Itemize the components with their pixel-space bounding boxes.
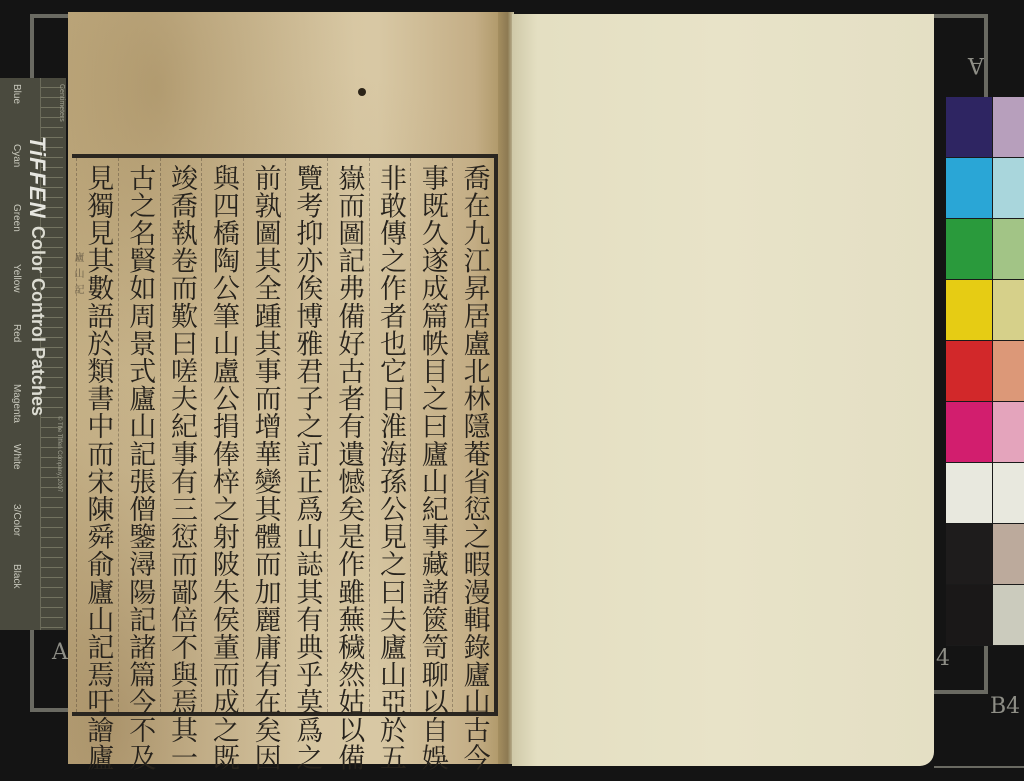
text-column: 與四橋陶公筆山盧公捐俸梓之射陂朱侯董而成之既	[201, 158, 243, 712]
patch-name: Green	[11, 204, 22, 264]
color-patch	[992, 280, 1024, 340]
column-text: 見獨見其數語於類書中而宋陳舜俞廬山記焉吁譮廬	[78, 158, 116, 712]
color-patch	[992, 341, 1024, 401]
color-patch	[946, 585, 992, 645]
tiffen-copyright: © The Tiffen Company, 2007	[56, 416, 62, 492]
column-text: 事既久遂成篇帙目之曰廬山紀事藏諸篋笥聊以自娛	[413, 158, 451, 712]
color-patch	[992, 463, 1024, 523]
color-patch	[946, 158, 992, 218]
background-label-a-top: A	[968, 52, 984, 77]
tiffen-title: Color Control Patches	[27, 226, 48, 416]
text-column: 前孰圖其全踵其事而增華變其體而加麗庸有在矣因	[243, 158, 285, 712]
color-patch	[992, 219, 1024, 279]
background-frame-bottom	[934, 766, 1024, 768]
color-patch	[946, 524, 992, 584]
column-text: 喬在九江昇居盧北林隱菴省愆之暇漫輯錄廬山古今	[455, 158, 493, 712]
text-column: 事既久遂成篇帙目之曰廬山紀事藏諸篋笥聊以自娛	[410, 158, 452, 712]
column-text: 覽考抑亦俟博雅君子之訂正爲山誌其有典乎莫爲之	[287, 158, 325, 712]
color-patch	[992, 97, 1024, 157]
color-patch	[946, 219, 992, 279]
text-frame: 喬在九江昇居盧北林隱菴省愆之暇漫輯錄廬山古今 事既久遂成篇帙目之曰廬山紀事藏諸篋…	[72, 154, 498, 716]
color-patch-row	[946, 402, 1024, 463]
background-label-4: 4	[936, 646, 950, 671]
color-reference-chart	[946, 97, 1024, 646]
patch-name: Black	[11, 564, 22, 624]
patch-name: Yellow	[11, 264, 22, 324]
color-patch	[946, 402, 992, 462]
left-page: 廬山記 喬在九江昇居盧北林隱菴省愆之暇漫輯錄廬山古今 事既久遂成篇帙目之曰廬山紀…	[68, 12, 510, 764]
color-patch	[992, 585, 1024, 645]
color-patch-row	[946, 341, 1024, 402]
text-column: 古之名賢如周景式廬山記張僧鑒潯陽記諸篇今不及	[118, 158, 160, 712]
patch-name: Magenta	[11, 384, 22, 444]
color-patch	[992, 158, 1024, 218]
color-patch	[992, 402, 1024, 462]
column-text: 與四橋陶公筆山盧公捐俸梓之射陂朱侯董而成之既	[204, 158, 242, 712]
color-patch-row	[946, 463, 1024, 524]
tiffen-color-control-strip: Centimeters TiFFEN Color Control Patches…	[0, 78, 66, 630]
patch-name: Red	[11, 324, 22, 384]
column-text: 嶽而圖記弗備好古者有遺憾矣是作雖蕪穢然姑以備	[329, 158, 367, 712]
patch-name: Cyan	[11, 144, 22, 204]
color-patch-row	[946, 524, 1024, 585]
text-column: 竣喬執卷而歎曰嗟夫紀事有三愆而鄙倍不與焉其一	[160, 158, 202, 712]
ruler-units-label: Centimeters	[58, 84, 65, 122]
color-patch	[992, 524, 1024, 584]
text-column: 非敢傳之作者也它日淮海孫公見之曰夫廬山亞於五	[369, 158, 411, 712]
patch-name: Blue	[11, 84, 22, 144]
column-text: 非敢傳之作者也它日淮海孫公見之曰夫廬山亞於五	[371, 158, 409, 712]
tiffen-strip-text: Centimeters TiFFEN Color Control Patches…	[0, 78, 66, 630]
color-patch	[946, 280, 992, 340]
patch-name-list: BlueCyanGreenYellowRedMagentaWhite3/Colo…	[11, 84, 22, 624]
patch-name: 3/Color	[11, 504, 22, 564]
color-patch-row	[946, 97, 1024, 158]
color-patch	[946, 341, 992, 401]
column-text: 前孰圖其全踵其事而增華變其體而加麗庸有在矣因	[246, 158, 284, 712]
text-column: 覽考抑亦俟博雅君子之訂正爲山誌其有典乎莫爲之	[285, 158, 327, 712]
text-column: 喬在九江昇居盧北林隱菴省愆之暇漫輯錄廬山古今	[452, 158, 494, 712]
color-patch	[946, 463, 992, 523]
paper-wormhole	[358, 88, 366, 96]
background-label-b4: B4	[990, 694, 1020, 719]
color-patch-row	[946, 585, 1024, 646]
color-patch	[946, 97, 992, 157]
text-column: 見獨見其數語於類書中而宋陳舜俞廬山記焉吁譮廬	[76, 158, 118, 712]
background-label-a-bottom: A	[52, 640, 68, 665]
right-blank-page	[512, 14, 934, 766]
text-column: 嶽而圖記弗備好古者有遺憾矣是作雖蕪穢然姑以備	[327, 158, 369, 712]
tiffen-logo: TiFFEN	[24, 136, 50, 219]
column-text: 竣喬執卷而歎曰嗟夫紀事有三愆而鄙倍不與焉其一	[162, 158, 200, 712]
column-text: 古之名賢如周景式廬山記張僧鑒潯陽記諸篇今不及	[120, 158, 158, 712]
color-patch-row	[946, 158, 1024, 219]
color-patch-row	[946, 280, 1024, 341]
patch-name: White	[11, 444, 22, 504]
color-patch-row	[946, 219, 1024, 280]
page-top-margin	[68, 12, 510, 152]
text-columns: 喬在九江昇居盧北林隱菴省愆之暇漫輯錄廬山古今 事既久遂成篇帙目之曰廬山紀事藏諸篋…	[76, 158, 494, 712]
